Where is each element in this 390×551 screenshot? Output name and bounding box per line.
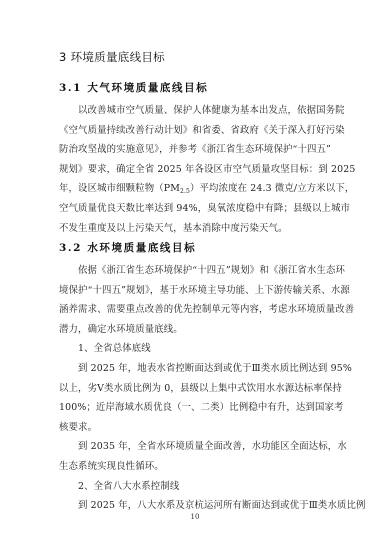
subheading-overall-baseline: 1、全省总体底线 [59, 339, 331, 359]
text-line: 涵养需求、需要重点改善的优先控制单元等内容，考虑水环境质量改善 [59, 300, 331, 320]
text-line: 到 2035 年，全省水环境质量全面改善，水功能区全面达标，水 [59, 437, 331, 457]
section-heading-3-1: 3.1 大气环境质量底线目标 [59, 80, 208, 95]
text-line: 以改善城市空气质量、保护人体健康为基本出发点，依据国务院 [59, 101, 331, 121]
text-line: 防治攻坚战的实施意见》，并参考《浙江省生态环境保护“十四五” [59, 140, 331, 160]
text-line: 100%；近岸海域水质优良（一、二类）比例稳中有升，达到国家考 [59, 398, 331, 418]
document-page: 3 环境质量底线目标 3.1 大气环境质量底线目标 以改善城市空气质量、保护人体… [0, 0, 390, 551]
paragraph-air-quality: 以改善城市空气质量、保护人体健康为基本出发点，依据国务院 《空气质量持续改善行动… [59, 101, 331, 238]
pm-prefix: 年，设区城市细颗粒物（PM [59, 183, 180, 194]
pm-suffix: ）平均浓度在 24.3 微克/立方米以下， [190, 183, 354, 194]
page-number: 10 [0, 513, 390, 521]
text-line: 生态系统实现良性循环。 [59, 457, 331, 477]
text-line-pm25: 年，设区城市细颗粒物（PM2.5）平均浓度在 24.3 微克/立方米以下， [59, 179, 331, 199]
text-line: 境保护“十四五”规划》，基于水环境主导功能、上下游传输关系、水源 [59, 281, 331, 301]
text-line: 不发生重度及以上污染天气，基本消除中度污染天气。 [59, 219, 331, 239]
chapter-title: 3 环境质量底线目标 [59, 49, 165, 65]
text-line: 以上，劣Ⅴ类水质比例为 0，县级以上集中式饮用水水源达标率保持 [59, 379, 331, 399]
paragraph-water-quality: 依据《浙江省生态环境保护“十四五”规划》和《浙江省水生态环 境保护“十四五”规划… [59, 261, 331, 516]
text-line: 潜力，确定水环境质量底线。 [59, 320, 331, 340]
subheading-eight-river-systems: 2、全省八大水系控制线 [59, 477, 331, 497]
pm-subscript: 2.5 [180, 188, 190, 195]
text-line: 到 2025 年，地表水省控断面达到或优于Ⅲ类水质比例达到 95% [59, 359, 331, 379]
text-line: 核要求。 [59, 418, 331, 438]
section-heading-3-2: 3.2 水环境质量底线目标 [59, 240, 196, 255]
text-line: 《空气质量持续改善行动计划》和省委、省政府《关于深入打好污染 [59, 121, 331, 141]
text-line: 规划》要求，确定全省 2025 年各设区市空气质量攻坚目标：到 2025 [59, 160, 331, 180]
text-line: 空气质量优良天数比率达到 94%，臭氧浓度稳中有降；县级以上城市 [59, 199, 331, 219]
text-line: 依据《浙江省生态环境保护“十四五”规划》和《浙江省水生态环 [59, 261, 331, 281]
